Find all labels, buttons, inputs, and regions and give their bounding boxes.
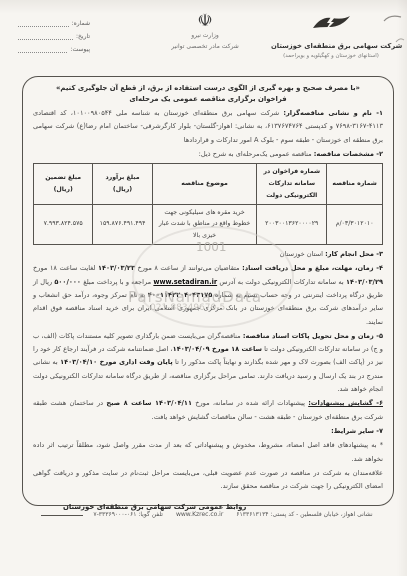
energy-slogan: «با مصرف صحیح و بهره گیری از الگوی درست … [33,84,383,92]
tender-item-7: ۷- سایر شرایط: [33,425,383,438]
cell-subject: خرید مقره های سیلیکونی جهت خطوط واقع در … [152,204,257,244]
scanned-tender-notice: شماره: تاریخ: پیوست: ☫ وزارت نیرو شرکت م… [0,0,407,576]
parent-company-name: شرکت مادر تخصصی توانیر [160,43,250,50]
ministry-block: ☫ وزارت نیرو شرکت مادر تخصصی توانیر [160,12,250,50]
footer-phone: تلفن گویا: ۰۶۱-۳۳۳۶۹۰۰۰-۷ [90,511,166,518]
table-header-row: شماره مناقصه شماره فراخوان در سامانه تدا… [34,164,383,204]
company-subtitle: (استانهای خوزستان و کهگیلویه و بویراحمد) [271,53,391,59]
tender-item-7-bullet: * به پیشنهادهای فاقد اصل امضاء، مشروط، م… [33,439,383,466]
letterhead-footer: نشانی اهواز، خیابان فلسطین - کد پستی: ۶۱… [30,511,387,518]
column-header-subject: موضوع مناقصه [152,164,257,204]
item-3-text: استان خوزستان [280,250,325,258]
table-row: ۰۳/۳۰۱۲۰۱۰/م ۲۰۰۳۰۰۱۳۶۲۰۰۰۰۲۹ خرید مقره … [34,204,383,244]
item-6-text: پیشنهادات ارائه شده در سامانه، مورخ [192,399,308,407]
tender-item-4: ۴- زمان، مهلت، مبلغ و محل دریافت اسناد: … [33,262,383,329]
iran-emblem-icon: ☫ [160,12,250,31]
attachment-field: پیوست: [18,46,90,53]
tender-item-3: ۳- محل انجام کار: استان خوزستان [33,248,383,261]
item-2-text: مناقصه عمومی یک‌مرحله‌ای به شرح ذیل: [199,150,314,158]
number-dotted-line [18,21,69,27]
notice-frame: «با مصرف صحیح و بهره گیری از الگوی درست … [22,76,394,506]
tender-item-6: ۶- گشایش پیشنهادات: پیشنهادات ارائه شده … [33,397,383,424]
item-4-text: متقاضیان می‌توانند از ساعت ۸ مورخ [135,264,242,272]
setadiran-url: www.setadiran.ir [153,278,217,286]
column-header-estimate: مبلغ برآورد (ریال) [93,164,152,204]
doc-sale-end-date: ۱۴۰۳/۰۳/۲۹ [346,278,383,286]
cell-estimate: ۱۵۹.۸۷۶.۴۹۱.۴۹۴ [93,204,152,244]
number-field: شماره: [18,20,90,27]
envelope-upload-deadline: ساعت ۱۸ مورخ ۱۴۰۳/۰۴/۰۹ [173,345,262,353]
public-relations-signature: روابط عمومی شرکت سهامی برق منطقه‌ای خوزس… [33,503,383,511]
tender-table: شماره مناقصه شماره فراخوان در سامانه تدا… [33,163,383,245]
date-dotted-line [18,34,73,40]
pen-mark-icon [395,36,405,44]
attachment-dotted-line [18,47,67,53]
footer-rule [41,514,83,516]
pen-mark-icon [383,12,403,24]
company-name: شرکت سهامی برق منطقه‌ای خوزستان [271,42,391,50]
item-4-label: ۴- زمان، مهلت، مبلغ و محل دریافت اسناد: [242,264,383,272]
cell-call-no: ۲۰۰۳۰۰۱۳۶۲۰۰۰۰۲۹ [257,204,327,244]
item-1-label: ۱- نام و نشانی مناقصه‌گزار: [283,109,383,117]
tender-item-7-text: علاقه‌مندان به شرکت در مناقصه در صورت عد… [33,467,383,494]
bank-account-number: ۴۰۰۱۱۴۲۲۰۴۰۴۳۱۷۵ [148,291,212,299]
stationery-fields: شماره: تاریخ: پیوست: [18,20,90,59]
item-2-label: ۲- مشخصات مناقصه: [314,150,383,158]
footer-website: www.Kzrec.co.ir [173,511,226,518]
item-7-label: ۷- سایر شرایط: [331,427,383,435]
opening-date: ۱۴۰۳/۰۴/۱۱ ساعت ۸ صبح [106,399,192,407]
column-header-call-no: شماره فراخوان در سامانه تدارکات الکترونی… [257,164,327,204]
letterhead: شماره: تاریخ: پیوست: ☫ وزارت نیرو شرکت م… [0,10,407,74]
date-label: تاریخ: [76,33,90,40]
doc-fee-amount: ۵۰۰/۰۰۰ [54,278,81,286]
kzrec-logo-icon [310,21,352,40]
item-4-text: مراجعه و با پرداخت مبلغ [81,278,153,286]
item-5-label: ۵- زمان و محل تحویل پاکات اسناد مناقصه: [243,332,383,340]
item-4-text: لغایت ساعت ۱۸ مورخ [33,264,98,272]
ministry-name: وزارت نیرو [160,32,250,39]
cell-tender-no: ۰۳/۳۰۱۲۰۱۰/م [327,204,383,244]
item-6-label: ۶- گشایش پیشنهادات: [308,399,383,407]
doc-sale-start-date: ۱۴۰۳/۰۳/۲۳ [98,264,135,272]
item-3-label: ۳- محل انجام کار: [325,250,383,258]
cell-guarantee: ۷.۹۹۳.۸۲۴.۵۷۵ [34,204,93,244]
company-block: شرکت سهامی برق منطقه‌ای خوزستان (استانها… [271,14,391,59]
number-label: شماره: [72,20,90,27]
item-4-text: به سامانه تدارکات الکترونیکی دولت به آدر… [217,278,346,286]
envelope-delivery-deadline: پایان وقت اداری مورخ ۱۴۰۳/۰۴/۱۰ [60,358,173,366]
tender-item-2: ۲- مشخصات مناقصه: مناقصه عمومی یک‌مرحله‌… [33,148,383,161]
tender-item-1: ۱- نام و نشانی مناقصه‌گزار: شرکت سهامی ب… [33,107,383,147]
tender-item-5: ۵- زمان و محل تحویل پاکات اسناد مناقصه: … [33,330,383,397]
date-field: تاریخ: [18,33,90,40]
page-title: فراخوان برگزاری مناقصه عمومی یک مرحله‌ای [33,95,383,103]
attachment-label: پیوست: [70,46,90,53]
footer-address: نشانی اهواز، خیابان فلسطین - کد پستی: ۶۱… [233,511,375,518]
column-header-tender-no: شماره مناقصه [327,164,383,204]
column-header-guarantee: مبلغ تضمین (ریال) [34,164,93,204]
